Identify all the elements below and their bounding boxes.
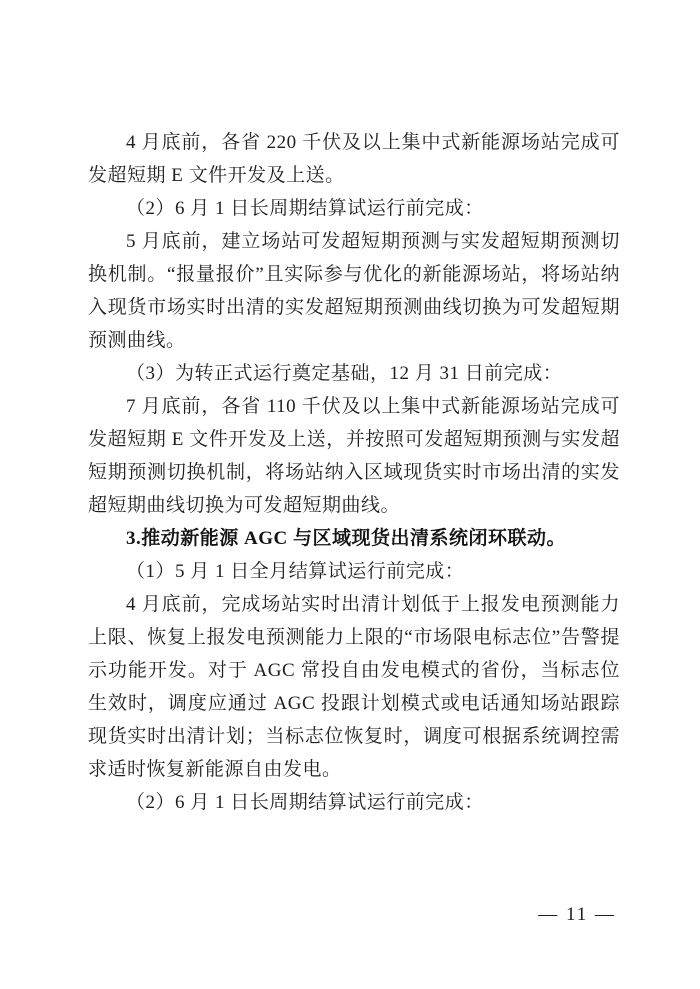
document-page: 4 月底前，各省 220 千伏及以上集中式新能源场站完成可发超短期 E 文件开发… [0,0,700,989]
document-body: 4 月底前，各省 220 千伏及以上集中式新能源场站完成可发超短期 E 文件开发… [88,126,620,819]
paragraph: （3）为转正式运行奠定基础，12 月 31 日前完成： [88,357,620,390]
paragraph: （2）6 月 1 日长周期结算试运行前完成： [88,786,620,819]
paragraph: （2）6 月 1 日长周期结算试运行前完成： [88,192,620,225]
paragraph: 4 月底前，各省 220 千伏及以上集中式新能源场站完成可发超短期 E 文件开发… [88,126,620,192]
page-number: — 11 — [538,903,616,927]
paragraph: 5 月底前，建立场站可发超短期预测与实发超短期预测切换机制。“报量报价”且实际参… [88,225,620,357]
paragraph: 4 月底前，完成场站实时出清计划低于上报发电预测能力上限、恢复上报发电预测能力上… [88,588,620,786]
paragraph: 7 月底前，各省 110 千伏及以上集中式新能源场站完成可发超短期 E 文件开发… [88,390,620,522]
section-heading: 3.推动新能源 AGC 与区域现货出清系统闭环联动。 [88,522,620,555]
paragraph: （1）5 月 1 日全月结算试运行前完成： [88,555,620,588]
